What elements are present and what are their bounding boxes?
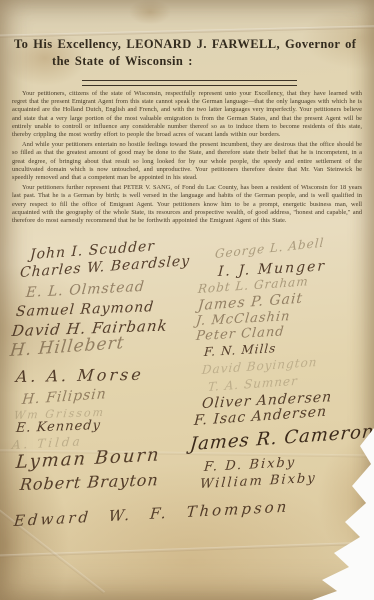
petition-paragraph-2: And while your petitioners entertain no … [12,141,362,182]
petition-body: Your petitioners, citizens of the state … [12,90,362,227]
signature: George L. Abell [215,235,325,261]
signature: E. L. Olmstead [25,279,145,301]
signature: F. N. Mills [204,341,277,359]
photo-background: To His Excellency, LEONARD J. FARWELL, G… [0,0,374,600]
signature: H. Filipsin [21,386,107,408]
signature: Edward W. F. Thompson [13,498,290,531]
petition-paragraph-3: Your petitioners further represent that … [12,184,362,225]
document-salutation: To His Excellency, LEONARD J. FARWELL, G… [14,36,366,70]
signature: A. A. Morse [15,365,144,386]
petition-paragraph-1: Your petitioners, citizens of the state … [12,90,362,139]
paper-crease [0,541,374,558]
signature: E. Kennedy [15,418,101,436]
salutation-line2: the State of Wisconsin : [52,53,366,70]
salutation-line1: To His Excellency, LEONARD J. FARWELL, G… [14,37,356,51]
signature: Robert Brayton [19,470,159,494]
double-rule [82,80,297,86]
petition-document: To His Excellency, LEONARD J. FARWELL, G… [0,0,374,600]
